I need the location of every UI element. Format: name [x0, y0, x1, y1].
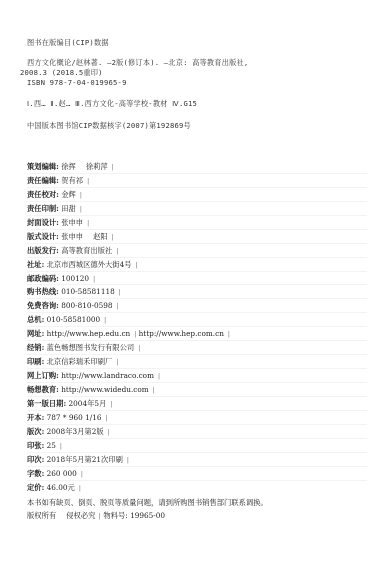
credit-value: 北京信彩瑞禾印刷厂 [47, 357, 113, 366]
credit-row-printer: 印刷: 北京信彩瑞禾印刷厂| [27, 355, 367, 369]
separator: | [81, 471, 83, 478]
credit-value: 张申申 [61, 218, 83, 227]
credit-value: 高等教育出版社 [61, 246, 112, 255]
credit-value-2: 赵阳 [93, 232, 108, 241]
credit-value: http://www.widedu.com [61, 385, 148, 394]
material-number: 19965-00 [130, 511, 165, 520]
credit-row-planning-editor: 策划编辑: 徐挥徐莉萍| [27, 160, 367, 174]
credit-label: 网址: [27, 329, 44, 338]
separator: | [116, 359, 118, 366]
separator: | [138, 345, 140, 352]
credit-label: 社址: [27, 260, 44, 269]
credit-label: 版次: [27, 427, 44, 436]
credit-value: 800-810-0598 [61, 301, 112, 310]
separator: | [158, 373, 160, 380]
credit-label: 封面设计: [27, 218, 59, 227]
credit-row-price: 定价: 46.00元| [27, 481, 367, 495]
cip-record-line-1: 西方文化概论/赵林著. —2版(修订本). —北京: 高等教育出版社, [27, 58, 248, 67]
credit-row-layout-design: 版式设计: 张申申赵阳| [27, 230, 367, 244]
separator: | [127, 457, 129, 464]
credit-row-first-edition-date: 第一版日期: 2004年5月| [27, 397, 367, 411]
separator: | [98, 513, 100, 520]
credit-value: 蓝色畅想图书发行有限公司 [47, 343, 135, 352]
credit-row-address: 社址: 北京市西城区德外大街4号| [27, 258, 367, 272]
credit-value: 张申申 [61, 232, 83, 241]
piracy-warning: 侵权必究 [66, 511, 95, 520]
credit-label: 总机: [27, 315, 44, 324]
separator: | [110, 401, 112, 408]
credit-row-edition: 版次: 2008年3月第2版| [27, 425, 367, 439]
credit-row-format: 开本: 787 * 960 1/16| [27, 411, 367, 425]
credit-label: 印刷: [27, 357, 44, 366]
cip-verification-number: 中国版本图书馆CIP数据核字(2007)第192869号 [27, 121, 191, 130]
separator: | [93, 276, 95, 283]
cip-classification: Ⅰ.西… Ⅱ.赵… Ⅲ.西方文化-高等学校-教材 Ⅳ.G15 [27, 99, 197, 108]
notice-block: 本书如有缺页、倒页、脱页等质量问题，请到所购图书销售部门联系调换。 版权所有侵权… [27, 496, 367, 523]
credit-label: 责任编辑: [27, 176, 59, 185]
credit-row-responsible-editor: 责任编辑: 贺有祁| [27, 174, 367, 188]
separator: | [136, 262, 138, 269]
credit-label: 字数: [27, 469, 44, 478]
website-link-1: http://www.hep.edu.cn [47, 329, 131, 338]
credit-row-postal-code: 邮政编码: 100120| [27, 272, 367, 286]
credit-label: 印张: [27, 441, 44, 450]
credit-row-word-count: 字数: 260 000| [27, 467, 367, 481]
separator: | [116, 248, 118, 255]
credit-row-switchboard: 总机: 010-58581000| [27, 313, 367, 327]
credit-label: 版式设计: [27, 232, 59, 241]
credit-row-proofreader: 责任校对: 金辉| [27, 188, 367, 202]
separator: | [80, 192, 82, 199]
separator: | [79, 485, 81, 492]
credit-value: 100120 [61, 274, 89, 283]
quality-notice: 本书如有缺页、倒页、脱页等质量问题，请到所购图书销售部门联系调换。 [27, 496, 367, 509]
credit-label: 免费咨询: [27, 301, 59, 310]
cip-title: 图书在版编目(CIP)数据 [27, 38, 109, 47]
credit-value: 北京市西城区德外大街4号 [47, 260, 132, 269]
credit-value: 2004年5月 [69, 399, 107, 408]
website-link-2: http://www.hep.com.cn [139, 329, 224, 338]
credit-row-free-consultation: 免费咨询: 800-810-0598| [27, 299, 367, 313]
credit-label: 责任印制: [27, 204, 59, 213]
credit-label: 第一版日期: [27, 399, 66, 408]
separator: | [104, 317, 106, 324]
credit-label: 出版发行: [27, 246, 59, 255]
separator: | [153, 387, 155, 394]
credit-value-2: 徐莉萍 [86, 162, 108, 171]
separator: | [117, 303, 119, 310]
separator: | [112, 164, 114, 171]
credit-value: 2018年5月第21次印刷 [47, 455, 123, 464]
separator: | [134, 331, 136, 338]
copyright-page: 图书在版编目(CIP)数据 西方文化概论/赵林著. —2版(修订本). —北京:… [0, 0, 375, 581]
credit-value: 010-58581000 [47, 315, 101, 324]
credit-row-website: 网址: http://www.hep.edu.cn| http://www.he… [27, 327, 367, 341]
credit-label: 定价: [27, 483, 44, 492]
credit-label: 开本: [27, 413, 44, 422]
credit-value: 260 000 [47, 469, 77, 478]
credit-value: 金辉 [61, 190, 76, 199]
credit-label: 邮政编码: [27, 274, 59, 283]
credit-row-distributor: 经销: 蓝色畅想图书发行有限公司| [27, 341, 367, 355]
credit-value: 田甜 [61, 204, 76, 213]
credit-row-cover-design: 封面设计: 张申申| [27, 216, 367, 230]
credit-value: 徐挥 [61, 162, 76, 171]
material-number-label: 物料号: [103, 511, 127, 520]
cip-isbn: ISBN 978-7-04-019965-9 [27, 78, 127, 87]
credit-row-print-supervisor: 责任印制: 田甜| [27, 202, 367, 216]
cip-record-line-2: 2008.3 (2018.5重印) [20, 68, 103, 77]
credit-label: 网上订购: [27, 371, 59, 380]
separator: | [105, 415, 107, 422]
credit-value: 25 [47, 441, 56, 450]
credits-list: 策划编辑: 徐挥徐莉萍| 责任编辑: 贺有祁| 责任校对: 金辉| 责任印制: … [27, 160, 367, 495]
rights-line: 版权所有侵权必究|物料号: 19965-00 [27, 509, 367, 523]
separator: | [108, 429, 110, 436]
credit-value: 787 * 960 1/16 [47, 413, 102, 422]
credit-label: 畅想教育: [27, 385, 59, 394]
separator: | [119, 289, 121, 296]
credit-label: 购书热线: [27, 287, 59, 296]
credit-label: 策划编辑: [27, 162, 59, 171]
credit-row-printed-sheets: 印张: 25| [27, 439, 367, 453]
separator: | [80, 206, 82, 213]
credit-label: 印次: [27, 455, 44, 464]
credit-value: http://www.landraco.com [61, 371, 154, 380]
credit-label: 经销: [27, 343, 44, 352]
separator: | [228, 331, 230, 338]
credit-row-publisher: 出版发行: 高等教育出版社| [27, 244, 367, 258]
rights-reserved: 版权所有 [27, 511, 56, 520]
separator: | [60, 443, 62, 450]
separator: | [112, 234, 114, 241]
credit-row-printing: 印次: 2018年5月第21次印刷| [27, 453, 367, 467]
credit-value: 010-58581118 [61, 287, 115, 296]
credit-row-online-order: 网上订购: http://www.landraco.com| [27, 369, 367, 383]
credit-label: 责任校对: [27, 190, 59, 199]
credit-value: 2008年3月第2版 [47, 427, 104, 436]
credit-row-widedu: 畅想教育: http://www.widedu.com| [27, 383, 367, 397]
separator: | [87, 220, 89, 227]
separator: | [87, 178, 89, 185]
credit-value: 46.00元 [47, 483, 75, 492]
credit-row-sales-hotline: 购书热线: 010-58581118| [27, 285, 367, 299]
credit-value: 贺有祁 [61, 176, 83, 185]
